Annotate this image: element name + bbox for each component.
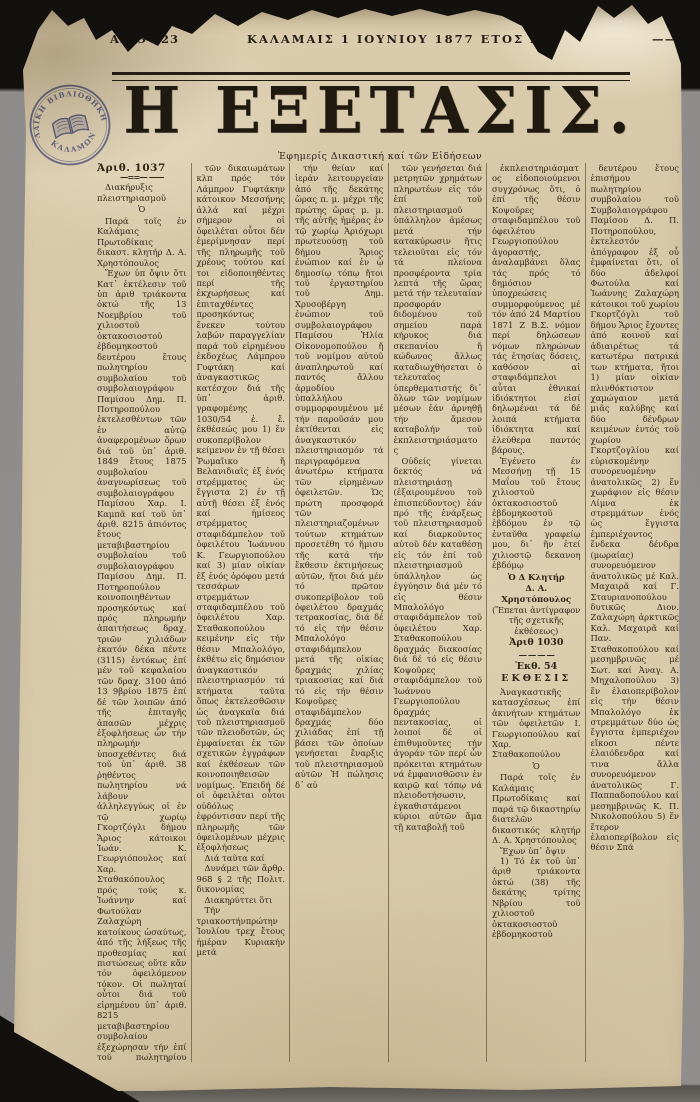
column-rulemark: — — — — (492, 651, 581, 660)
column-paragraph: τήν θείαν καί ἱεράν λειτουργείαν ἀπό τῆς… (295, 163, 384, 790)
column-5: ἐκπλειστηριάσματος εἰδοποιούμενοι συγχρό… (486, 163, 585, 1062)
column-paragraph: Ἀναγκαστικῆς κατασχέσεως ἐπί ἀκινήτων κτ… (492, 687, 581, 760)
column-paragraph: Ἐγένετο ἐν Μεσσήνῃ τῇ 15 Μαΐου τοῦ ἔτους… (492, 456, 581, 571)
column-3: τήν θείαν καί ἱεράν λειτουργείαν ἀπό τῆς… (289, 163, 388, 1062)
column-2: τῶν δικαιωμάτων κλπ πρός τόν Λάμπρον Γυφ… (191, 163, 290, 1062)
column-paragraph: Παρά τοῖς ἐν Καλάμαις Πρωτοδίκαις καί πα… (492, 772, 581, 845)
column-paragraph: Παρά τοῖς ἐν Καλάμαις Πρωτοδίκαις δικαστ… (97, 216, 187, 268)
column-paragraph: τῶν γενήσεται διά μετρητῶν χρημάτων πληρ… (394, 163, 483, 456)
header-dashes: — ― (652, 32, 676, 46)
column-cen: Ὁ (97, 204, 187, 214)
column-paragraph: Οὐδείς γίνεται δεκτός νά πλειστηριάσῃ (ἐ… (394, 456, 483, 832)
column-paragraph: Ἔχων ὑπ᾽ ὄψιν (492, 846, 581, 856)
newspaper-page: ΑΡΙΘ 623 ΚΑΛΑΜΑΙΣ 1 ΙΟΥΝΙΟΥ 1877 ΕΤΟΣ Ζ:… (0, 0, 700, 1102)
column-spaced: ΕΚΘΕΣΙΣ (492, 674, 581, 684)
article-columns: Ἀριθ. 1037—==— ——Διακήρυξις πλειστηριασμ… (92, 163, 683, 1062)
column-paragraph: Τήν τριακοστήνπρώτην Ἰουλίου τρεχ ἔτους … (197, 905, 286, 957)
newspaper-scan: ΑΡΙΘ 623 ΚΑΛΑΜΑΙΣ 1 ΙΟΥΝΙΟΥ 1877 ΕΤΟΣ Ζ:… (0, 0, 700, 1102)
column-cen: (Ἕπεται ἀντίγραφον τῆς σχετικῆς ἐκθέσεως… (492, 605, 581, 636)
column-paragraph: Δυνάμει τῶν ἄρθρ. 968 § 2 τῆς Πολιτ. δικ… (197, 863, 286, 894)
column-paragraph: ἐκπλειστηριάσματος εἰδοποιούμενοι συγχρό… (492, 163, 581, 456)
column-rulemark: —==— —— (97, 173, 187, 182)
column-head: Ἀριθ 1030 (492, 638, 581, 648)
column-head: Ἐκθ. 54 (492, 662, 581, 672)
column-4: τῶν γενήσεται διά μετρητῶν χρημάτων πληρ… (388, 163, 487, 1062)
column-paragraph: 1) Τό ἐκ τοῦ ὑπ᾽ ἀριθ τριάκοντα ὀκτώ (38… (492, 856, 581, 940)
column-paragraph: Διακηρύττει ὅτι (197, 895, 286, 905)
open-book-icon (52, 113, 89, 138)
column-paragraph: Διά ταῦτα καί (197, 853, 286, 863)
column-6: δευτέρου ἔτους ἐπισήμου πωλητηρίου συμβο… (585, 163, 684, 1062)
column-1: Ἀριθ. 1037—==— ——Διακήρυξις πλειστηριασμ… (92, 163, 191, 1062)
column-paragraph: δευτέρου ἔτους ἐπισήμου πωλητηρίου συμβο… (591, 163, 680, 853)
column-paragraph: Ἔχων ὑπ ὄψιν ὅτι Κατ᾽ ἐκτέλεσιν τοῦ ὑπ ἀ… (97, 268, 187, 1062)
column-cen: Ὁ (492, 761, 581, 771)
column-sig: Δ. Α. Χρηστόπουλος (492, 583, 581, 604)
dateline: ΚΑΛΑΜΑΙΣ 1 ΙΟΥΝΙΟΥ 1877 ΕΤΟΣ Ζ: (247, 32, 547, 46)
header-line: ΑΡΙΘ 623 ΚΑΛΑΜΑΙΣ 1 ΙΟΥΝΙΟΥ 1877 ΕΤΟΣ Ζ:… (110, 32, 676, 46)
column-sig: Ὁ Δ Κλητήρ (492, 572, 581, 582)
column-paragraph: τῶν δικαιωμάτων κλπ πρός τόν Λάμπρον Γυφ… (197, 163, 286, 853)
issue-number: ΑΡΙΘ 623 (110, 32, 179, 46)
masthead-title: Η ΕΞΕΤΑΣΙΣ. (80, 74, 680, 148)
column-paragraph: Διακήρυξις πλειστηριασμοῦ (97, 182, 187, 203)
masthead-subtitle: Ἐφημερίς Δικαστική καί τῶν Εἰδήσεων (80, 151, 680, 162)
